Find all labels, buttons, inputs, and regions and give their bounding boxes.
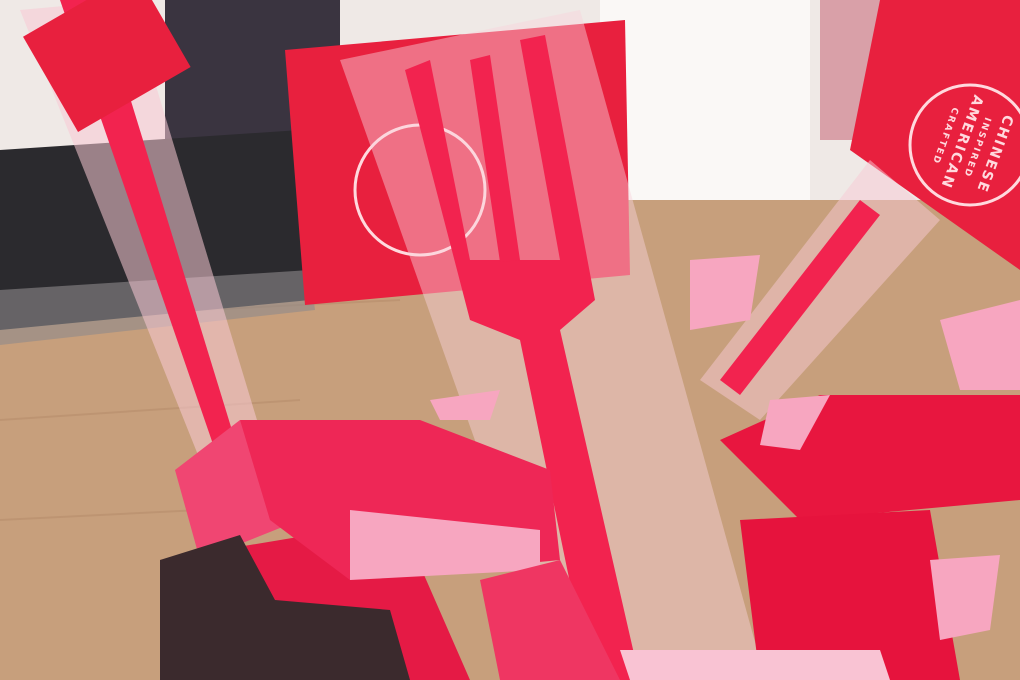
white-shirt	[600, 0, 810, 230]
photo-illustration: CHINESE INSPIRED AMERICAN CRAFTED	[0, 0, 1020, 680]
photo-scene: CHINESE INSPIRED AMERICAN CRAFTED	[0, 0, 1020, 680]
